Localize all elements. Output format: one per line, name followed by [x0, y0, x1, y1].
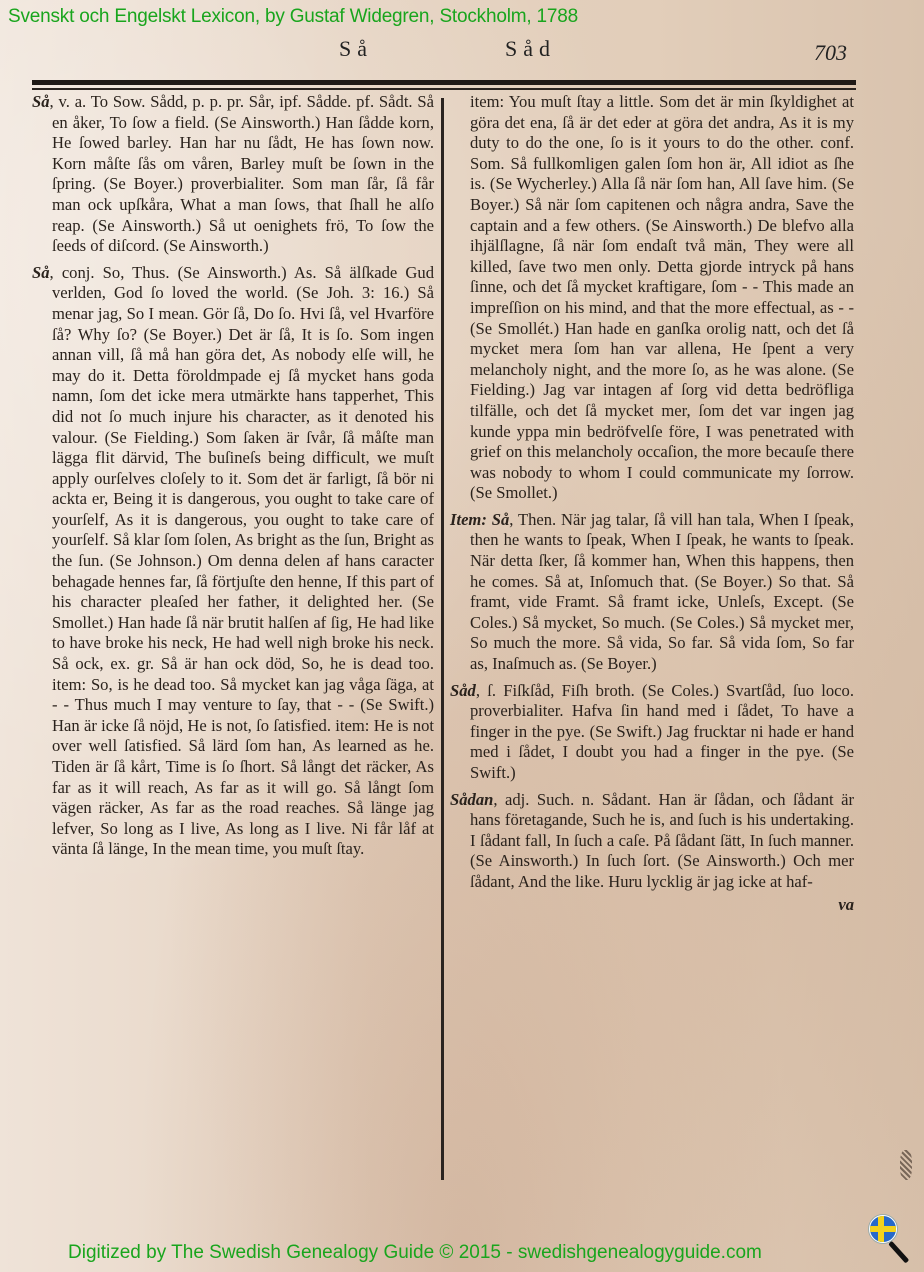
dictionary-entry: Så, v. a. To Sow. Sådd, p. p. pr. Sår, i… — [32, 92, 434, 257]
dictionary-entry: Item: Så, Then. När jag talar, ſå vill h… — [450, 510, 854, 675]
left-column: Så, v. a. To Sow. Sådd, p. p. pr. Sår, i… — [32, 92, 434, 866]
magnifier-handle-icon — [888, 1241, 909, 1264]
dictionary-entry: Sådan, adj. Such. n. Sådant. Han är ſåda… — [450, 790, 854, 893]
running-head-left: Så — [339, 36, 373, 62]
dictionary-entry-continued: item: You muſt ſtay a little. Som det är… — [450, 92, 854, 504]
entry-text: , conj. So, Thus. (Se Ainsworth.) As. Så… — [50, 263, 434, 859]
dictionary-entry: Såd, ſ. Fiſkſåd, Fiſh broth. (Se Coles.)… — [450, 681, 854, 784]
column-divider — [441, 98, 444, 1180]
dictionary-entry: Så, conj. So, Thus. (Se Ainsworth.) As. … — [32, 263, 434, 860]
page-number: 703 — [814, 40, 847, 66]
running-head-middle: Såd — [505, 36, 556, 62]
header-rule-thin — [32, 88, 856, 90]
right-column: item: You muſt ſtay a little. Som det är… — [450, 92, 854, 915]
entry-text: , v. a. To Sow. Sådd, p. p. pr. Sår, ipf… — [50, 92, 434, 255]
entry-text: , Then. När jag talar, ſå vill han tala,… — [470, 510, 854, 673]
entry-headword: Sådan — [450, 790, 493, 809]
header-rule-thick — [32, 80, 856, 85]
entry-headword: Så — [32, 263, 50, 282]
entry-text: item: You muſt ſtay a little. Som det är… — [470, 92, 854, 502]
catchword: va — [450, 895, 854, 916]
entry-headword: Item: Så — [450, 510, 509, 529]
entry-headword: Så — [32, 92, 50, 111]
running-head: Så Såd 703 — [0, 34, 924, 74]
digitization-credit: Digitized by The Swedish Genealogy Guide… — [68, 1242, 762, 1264]
swedish-flag-icon — [869, 1215, 897, 1243]
entry-text: , ſ. Fiſkſåd, Fiſh broth. (Se Coles.) Sv… — [470, 681, 854, 782]
source-watermark: Svenskt och Engelskt Lexicon, by Gustaf … — [8, 6, 578, 28]
paper-stain — [900, 1150, 912, 1180]
entry-text: , adj. Such. n. Sådant. Han är ſådan, oc… — [470, 790, 854, 891]
entry-headword: Såd — [450, 681, 476, 700]
